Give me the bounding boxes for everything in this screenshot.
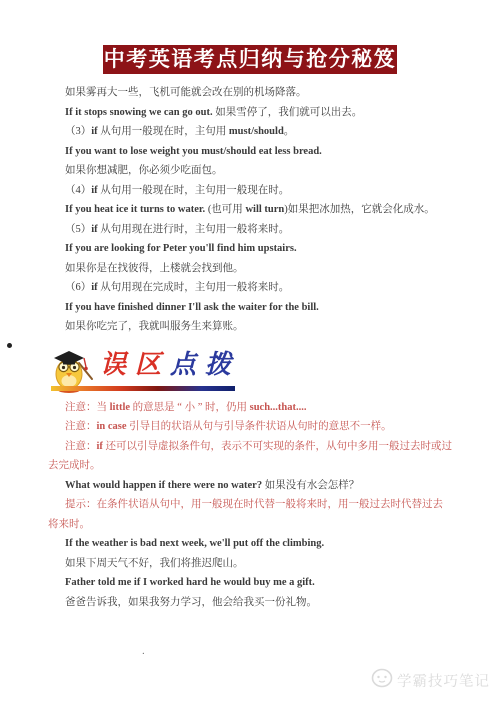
text-segment: will turn — [245, 204, 284, 215]
text-segment: If you want to lose weight you must/shou… — [65, 146, 322, 157]
text-segment: little — [110, 402, 130, 413]
text-line: If you want to lose weight you must/shou… — [48, 142, 453, 162]
text-line: 如果你想减肥，你必须少吃面包。 — [48, 161, 453, 181]
page-title: 中考英语考点归纳与抢分秘笈 — [103, 45, 397, 74]
text-segment: （5） — [65, 224, 91, 235]
watermark-text: 学霸技巧笔记 — [397, 670, 490, 691]
penguin-face-logo-icon — [371, 668, 393, 693]
text-segment: 如果你想减肥，你必须少吃面包。 — [65, 165, 223, 176]
text-segment: in case — [97, 421, 127, 432]
text-segment: （3） — [65, 126, 91, 137]
text-segment: must/should — [229, 126, 284, 137]
text-segment: (也可用 — [205, 204, 245, 215]
text-line: （4）if 从句用一般现在时，主句用一般现在时。 — [48, 181, 453, 201]
gradient-underline — [51, 386, 235, 391]
text-segment: 如果你吃完了，我就叫服务生来算账。 — [65, 321, 244, 332]
margin-bullet — [7, 343, 12, 348]
text-segment: 引导目的状语从句与引导条件状语从句时的意思不一样。 — [127, 421, 392, 432]
text-segment: 如果雪停了，我们就可以出去。 — [215, 107, 362, 118]
text-segment: 如果下周天气不好，我们将推迟爬山。 — [65, 558, 244, 569]
text-segment: 从句用现在完成时，主句用一般将来时。 — [98, 282, 290, 293]
text-line: 如果你吃完了，我就叫服务生来算账。 — [48, 317, 453, 337]
text-segment: such...that.... — [250, 402, 307, 413]
note-line: 注意：当 little 的意思是 “ 小 ” 时，仍用 such...that.… — [48, 398, 453, 418]
callout-header: 误区点拨 — [48, 339, 453, 395]
document-body: 如果雾再大一些，飞机可能就会改在别的机场降落。If it stops snowi… — [0, 83, 500, 612]
text-line: Father told me if I worked hard he would… — [48, 573, 453, 593]
text-segment: If it stops snowing we can go out. — [65, 107, 215, 118]
text-segment: If you heat ice it turns to water. — [65, 204, 205, 215]
text-segment: 从句用一般现在时，主句用一般现在时。 — [98, 185, 290, 196]
text-segment: （6） — [65, 282, 91, 293]
text-segment: )如果把冰加热，它就会化成水。 — [284, 204, 435, 215]
text-line: 如果下周天气不好，我们将推迟爬山。 — [48, 554, 453, 574]
note-line: 注意：in case 引导目的状语从句与引导条件状语从句时的意思不一样。 — [48, 417, 453, 437]
text-segment: 。 — [284, 126, 295, 137]
text-line: 如果你是在找彼得，上楼就会找到他。 — [48, 259, 453, 279]
text-segment: 从句用现在进行时，主句用一般将来时。 — [98, 224, 290, 235]
text-line: 如果雾再大一些，飞机可能就会改在别的机场降落。 — [48, 83, 453, 103]
text-segment: 的意思是 “ 小 ” 时，仍用 — [130, 402, 250, 413]
text-segment: 注意： — [65, 441, 97, 452]
text-segment: If the weather is bad next week, we'll p… — [65, 538, 324, 549]
notes-section: 注意：当 little 的意思是 “ 小 ” 时，仍用 such...that.… — [48, 398, 453, 613]
note-line: 提示：在条件状语从句中，用一般现在时代替一般将来时，用一般过去时代替过去将来时。 — [48, 495, 453, 534]
text-line: If you heat ice it turns to water. (也可用 … — [48, 200, 453, 220]
text-line: （3）if 从句用一般现在时，主句用 must/should。 — [48, 122, 453, 142]
text-segment: 爸爸告诉我，如果我努力学习，他会给我买一份礼物。 — [65, 597, 317, 608]
grammar-examples-section: 如果雾再大一些，飞机可能就会改在别的机场降落。If it stops snowi… — [48, 83, 453, 337]
text-segment: 如果你是在找彼得，上楼就会找到他。 — [65, 263, 244, 274]
stray-dot-mark: . — [142, 645, 145, 657]
text-segment: If you have finished dinner I'll ask the… — [65, 302, 319, 313]
text-line: （5）if 从句用现在进行时，主句用一般将来时。 — [48, 220, 453, 240]
text-segment: 如果没有水会怎样？ — [265, 480, 360, 491]
text-segment: 还可以引导虚拟条件句，表示不可实现的条件，从句中多用一般过去时或过去完成时。 — [48, 441, 452, 472]
text-segment: Father told me if I worked hard he would… — [65, 577, 315, 588]
text-segment: 注意：当 — [65, 402, 110, 413]
watermark: 学霸技巧笔记 — [371, 668, 490, 693]
callout-title-red: 误区 — [100, 350, 170, 379]
text-segment: （4） — [65, 185, 91, 196]
text-line: What would happen if there were no water… — [48, 476, 453, 496]
text-line: If you have finished dinner I'll ask the… — [48, 298, 453, 318]
text-line: If it stops snowing we can go out. 如果雪停了… — [48, 103, 453, 123]
text-line: （6）if 从句用现在完成时，主句用一般将来时。 — [48, 278, 453, 298]
text-segment: If you are looking for Peter you'll find… — [65, 243, 297, 254]
text-segment: 注意： — [65, 421, 97, 432]
text-line: 爸爸告诉我，如果我努力学习，他会给我买一份礼物。 — [48, 593, 453, 613]
callout-title-blue: 点拨 — [170, 350, 240, 379]
text-segment: 提示：在条件状语从句中，用一般现在时代替一般将来时，用一般过去时代替过去将来时。 — [48, 499, 443, 530]
page-title-bar: 中考英语考点归纳与抢分秘笈 — [103, 45, 397, 74]
text-line: If the weather is bad next week, we'll p… — [48, 534, 453, 554]
text-segment: 如果雾再大一些，飞机可能就会改在别的机场降落。 — [65, 87, 307, 98]
text-line: If you are looking for Peter you'll find… — [48, 239, 453, 259]
note-line: 注意：if 还可以引导虚拟条件句，表示不可实现的条件，从句中多用一般过去时或过去… — [48, 437, 453, 476]
callout-title: 误区点拨 — [100, 351, 240, 379]
text-segment: What would happen if there were no water… — [65, 480, 265, 491]
text-segment: 从句用一般现在时，主句用 — [98, 126, 229, 137]
